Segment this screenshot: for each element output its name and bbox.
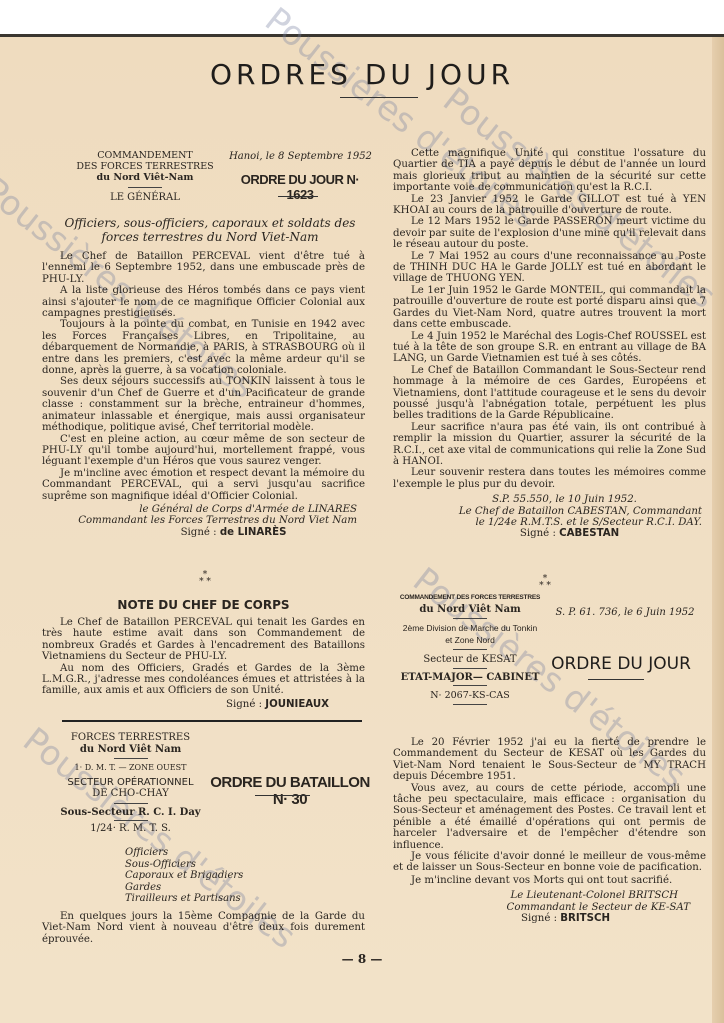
order1623-address: Officiers, sous-officiers, caporaux et s… (60, 216, 360, 244)
paragraph: Le Chef de Bataillon Commandant le Sous-… (393, 365, 706, 422)
paragraph: Le 7 Mai 1952 au cours d'une reconnaissa… (393, 251, 706, 285)
asterism: ** * (180, 572, 230, 586)
signed-line: Signé : de LINARÈS (42, 527, 365, 538)
paragraph: Le 1er Juin 1952 le Garde MONTEIL, qui c… (393, 285, 706, 331)
paragraph: En quelques jours la 15ème Compagnie de … (42, 911, 365, 945)
signed-line: Signé : JOUNIEAUX (42, 699, 365, 710)
asterism: ** * (520, 576, 570, 590)
signature: Le Lieutenant-Colonel BRITSCH Commandant… (393, 890, 706, 913)
order30-addressees: Officiers Sous-Officiers Caporaux et Bri… (125, 847, 325, 905)
paragraph: Toujours à la pointe du combat, en Tunis… (42, 319, 365, 376)
order1623-header: COMMANDEMENT DES FORCES TERRESTRES du No… (70, 150, 220, 203)
paragraph: Leur souvenir restera dans toutes les mé… (393, 467, 706, 490)
paragraph: Le 20 Février 1952 j'ai eu la fierté de … (393, 737, 706, 783)
paragraph: Le 23 Janvier 1952 le Garde GILLOT est t… (393, 194, 706, 217)
order1623-title: ORDRE DU JOUR N· 1623 (226, 172, 374, 202)
signed-line: Signé : CABESTAN (393, 528, 706, 539)
paragraph: Cette magnifique Unité qui constitue l'o… (393, 148, 706, 194)
order30-place-date: S.P. 55.550, le 10 Juin 1952. (393, 494, 706, 505)
orderKesat-title: ORDRE DU JOUR (536, 654, 706, 674)
section-divider (62, 720, 362, 722)
signature: Le Chef de Bataillon CABESTAN, Commandan… (393, 506, 706, 529)
order30-header: FORCES TERRESTRES du Nord Viêt Nam 1· D.… (58, 732, 203, 835)
paragraph: Le 4 Juin 1952 le Maréchal des Logis-Che… (393, 331, 706, 365)
order30-title: ORDRE DU BATAILLON N· 30 (205, 774, 375, 808)
order1623-place-date: Hanoi, le 8 Septembre 1952 (228, 151, 373, 162)
order1623-body: Le Chef de Bataillon PERCEVAL vient d'êt… (42, 251, 365, 538)
signature: le Général de Corps d'Armée de LINARES C… (42, 504, 365, 527)
paragraph: Le Chef de Bataillon PERCEVAL qui tenait… (42, 617, 365, 663)
paragraph: Je m'incline avec émotion et respect dev… (42, 468, 365, 502)
page-title: ORDRES DU JOUR (0, 58, 724, 91)
paragraph: Ses deux séjours successifs au TONKIN la… (42, 376, 365, 433)
orderKesat-place-date: S. P. 61. 736, le 6 Juin 1952 (540, 607, 710, 618)
paragraph: A la liste glorieuse des Héros tombés da… (42, 285, 365, 319)
note-body: Le Chef de Bataillon PERCEVAL qui tenait… (42, 617, 365, 710)
signed-line: Signé : BRITSCH (393, 913, 706, 924)
title-rule (340, 97, 418, 98)
paragraph: Au nom des Officiers, Gradés et Gardes d… (42, 663, 365, 697)
orderKesat-header: COMMANDEMENT DES FORCES TERRESTRES du No… (395, 592, 545, 707)
paragraph: Le 12 Mars 1952 le Garde PASSERON meurt … (393, 216, 706, 250)
order30-body-start: En quelques jours la 15ème Compagnie de … (42, 911, 365, 945)
page-number: — 8 — (0, 952, 724, 966)
paragraph: Je m'incline devant vos Morts qui ont to… (393, 875, 706, 886)
paragraph: Leur sacrifice n'aura pas été vain, ils … (393, 422, 706, 468)
order30-body-cont: Cette magnifique Unité qui constitue l'o… (393, 148, 706, 540)
page-edge (712, 37, 724, 1023)
paragraph: Vous avez, au cours de cette période, ac… (393, 783, 706, 851)
paragraph: C'est en pleine action, au cœur même de … (42, 434, 365, 468)
note-title: NOTE DU CHEF DE CORPS (42, 598, 365, 612)
paragraph: Le Chef de Bataillon PERCEVAL vient d'êt… (42, 251, 365, 285)
paragraph: Je vous félicite d'avoir donné le meille… (393, 851, 706, 874)
orderKesat-body: Le 20 Février 1952 j'ai eu la fierté de … (393, 737, 706, 925)
